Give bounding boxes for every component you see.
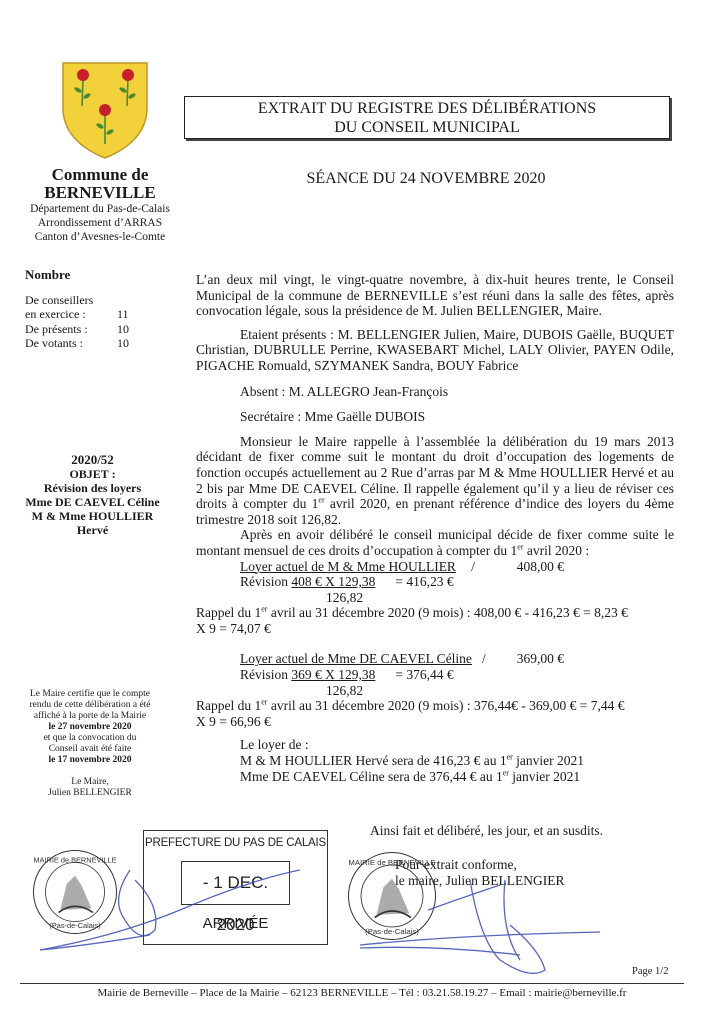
caevel-rappel: Rappel du 1er avril au 31 décembre 2020 … bbox=[196, 698, 674, 714]
rappel-paragraph: Monsieur le Maire rappelle à l’assemblée… bbox=[196, 434, 674, 528]
prefecture-status: ARRIVÉE bbox=[144, 915, 327, 932]
final-caevel: Mme DE CAEVEL Céline sera de 376,44 € au… bbox=[240, 769, 674, 785]
prefecture-date: - 1 DEC. 2020 bbox=[181, 861, 290, 905]
nombre-row: en exercice :11 bbox=[25, 307, 165, 322]
final-rents: Le loyer de : M & M HOULLIER Hervé sera … bbox=[196, 737, 674, 784]
deliberation-number: 2020/52 bbox=[0, 453, 185, 467]
page-number: Page 1/2 bbox=[632, 966, 668, 977]
caevel-revision: Révision 369 € X 129,38= 376,44 € bbox=[240, 667, 674, 683]
canton: Canton d’Avesnes-le-Comte bbox=[0, 230, 200, 244]
decision-paragraph: Après en avoir délibéré le conseil munic… bbox=[196, 527, 674, 558]
certification-block: Le Maire certifie que le compte rendu de… bbox=[0, 689, 180, 799]
absent-line: Absent : M. ALLEGRO Jean-François bbox=[196, 384, 674, 400]
prefecture-title: PREFECTURE DU PAS DE CALAIS bbox=[144, 837, 327, 849]
title-line1: EXTRAIT DU REGISTRE DES DÉLIBÉRATIONS bbox=[185, 99, 669, 118]
nombre-row: De votants :10 bbox=[25, 336, 165, 351]
nombre-heading: Nombre bbox=[25, 268, 165, 283]
svg-text:(Pas-de-Calais): (Pas-de-Calais) bbox=[49, 921, 100, 930]
title-line2: DU CONSEIL MUNICIPAL bbox=[185, 118, 669, 137]
secretaire-line: Secrétaire : Mme Gaëlle DUBOIS bbox=[196, 409, 674, 425]
houllier-revision: Révision 408 € X 129,38= 416,23 € bbox=[240, 574, 674, 590]
commune-crest-icon bbox=[60, 60, 150, 160]
document-title-box: EXTRAIT DU REGISTRE DES DÉLIBÉRATIONS DU… bbox=[184, 96, 670, 139]
mairie-seal-icon: MAIRIE de BERNEVILLE (Pas-de-Calais) bbox=[348, 852, 436, 940]
closing-statement: Ainsi fait et délibéré, les jour, et an … bbox=[370, 823, 603, 839]
loyer-de-label: Le loyer de : bbox=[240, 737, 674, 753]
objet-label: OBJET : bbox=[0, 467, 185, 481]
houllier-rappel-total: X 9 = 74,07 € bbox=[196, 621, 674, 637]
houllier-calculation: Loyer actuel de M & Mme HOULLIER/408,00 … bbox=[196, 559, 674, 606]
seance-date: SÉANCE DU 24 NOVEMBRE 2020 bbox=[184, 170, 668, 188]
nombre-block: Nombre De conseillers en exercice :11 De… bbox=[25, 268, 165, 351]
deliberation-body: L’an deux mil vingt, le vingt-quatre nov… bbox=[196, 272, 674, 784]
nombre-row: De présents :10 bbox=[25, 322, 165, 337]
houllier-denominator: 126,82 bbox=[240, 590, 674, 606]
intro-paragraph: L’an deux mil vingt, le vingt-quatre nov… bbox=[196, 272, 674, 319]
objet-block: 2020/52 OBJET : Révision des loyers Mme … bbox=[0, 453, 185, 537]
objet-line: M & Mme HOULLIER bbox=[0, 509, 185, 523]
objet-line: Révision des loyers bbox=[0, 481, 185, 495]
commune-name-line1: Commune de bbox=[0, 165, 200, 184]
mairie-seal-icon: MAIRIE de BERNEVILLE (Pas-de-Calais) bbox=[33, 850, 117, 934]
nombre-row: De conseillers bbox=[25, 293, 165, 308]
commune-name-line2: BERNEVILLE bbox=[0, 183, 200, 202]
prefecture-stamp: PREFECTURE DU PAS DE CALAIS - 1 DEC. 202… bbox=[143, 830, 328, 945]
svg-text:MAIRIE de BERNEVILLE: MAIRIE de BERNEVILLE bbox=[349, 858, 435, 867]
footer-contact: Mairie de Berneville – Place de la Mairi… bbox=[0, 987, 724, 999]
objet-line: Mme DE CAEVEL Céline bbox=[0, 495, 185, 509]
final-houllier: M & M HOULLIER Hervé sera de 416,23 € au… bbox=[240, 753, 674, 769]
footer-divider bbox=[20, 983, 684, 984]
svg-text:MAIRIE de BERNEVILLE: MAIRIE de BERNEVILLE bbox=[34, 855, 116, 864]
caevel-denominator: 126,82 bbox=[240, 683, 674, 699]
caevel-loyer: Loyer actuel de Mme DE CAEVEL Céline/369… bbox=[240, 651, 674, 667]
caevel-rappel-total: X 9 = 66,96 € bbox=[196, 714, 674, 730]
arrondissement: Arrondissement d’ARRAS bbox=[0, 216, 200, 230]
caevel-calculation: Loyer actuel de Mme DE CAEVEL Céline/369… bbox=[196, 651, 674, 698]
svg-text:(Pas-de-Calais): (Pas-de-Calais) bbox=[365, 927, 419, 936]
houllier-loyer: Loyer actuel de M & Mme HOULLIER/408,00 … bbox=[240, 559, 674, 575]
houllier-rappel: Rappel du 1er avril au 31 décembre 2020 … bbox=[196, 605, 674, 621]
objet-line: Hervé bbox=[0, 523, 185, 537]
departement: Département du Pas-de-Calais bbox=[0, 202, 200, 216]
presents-paragraph: Etaient présents : M. BELLENGIER Julien,… bbox=[196, 327, 674, 374]
